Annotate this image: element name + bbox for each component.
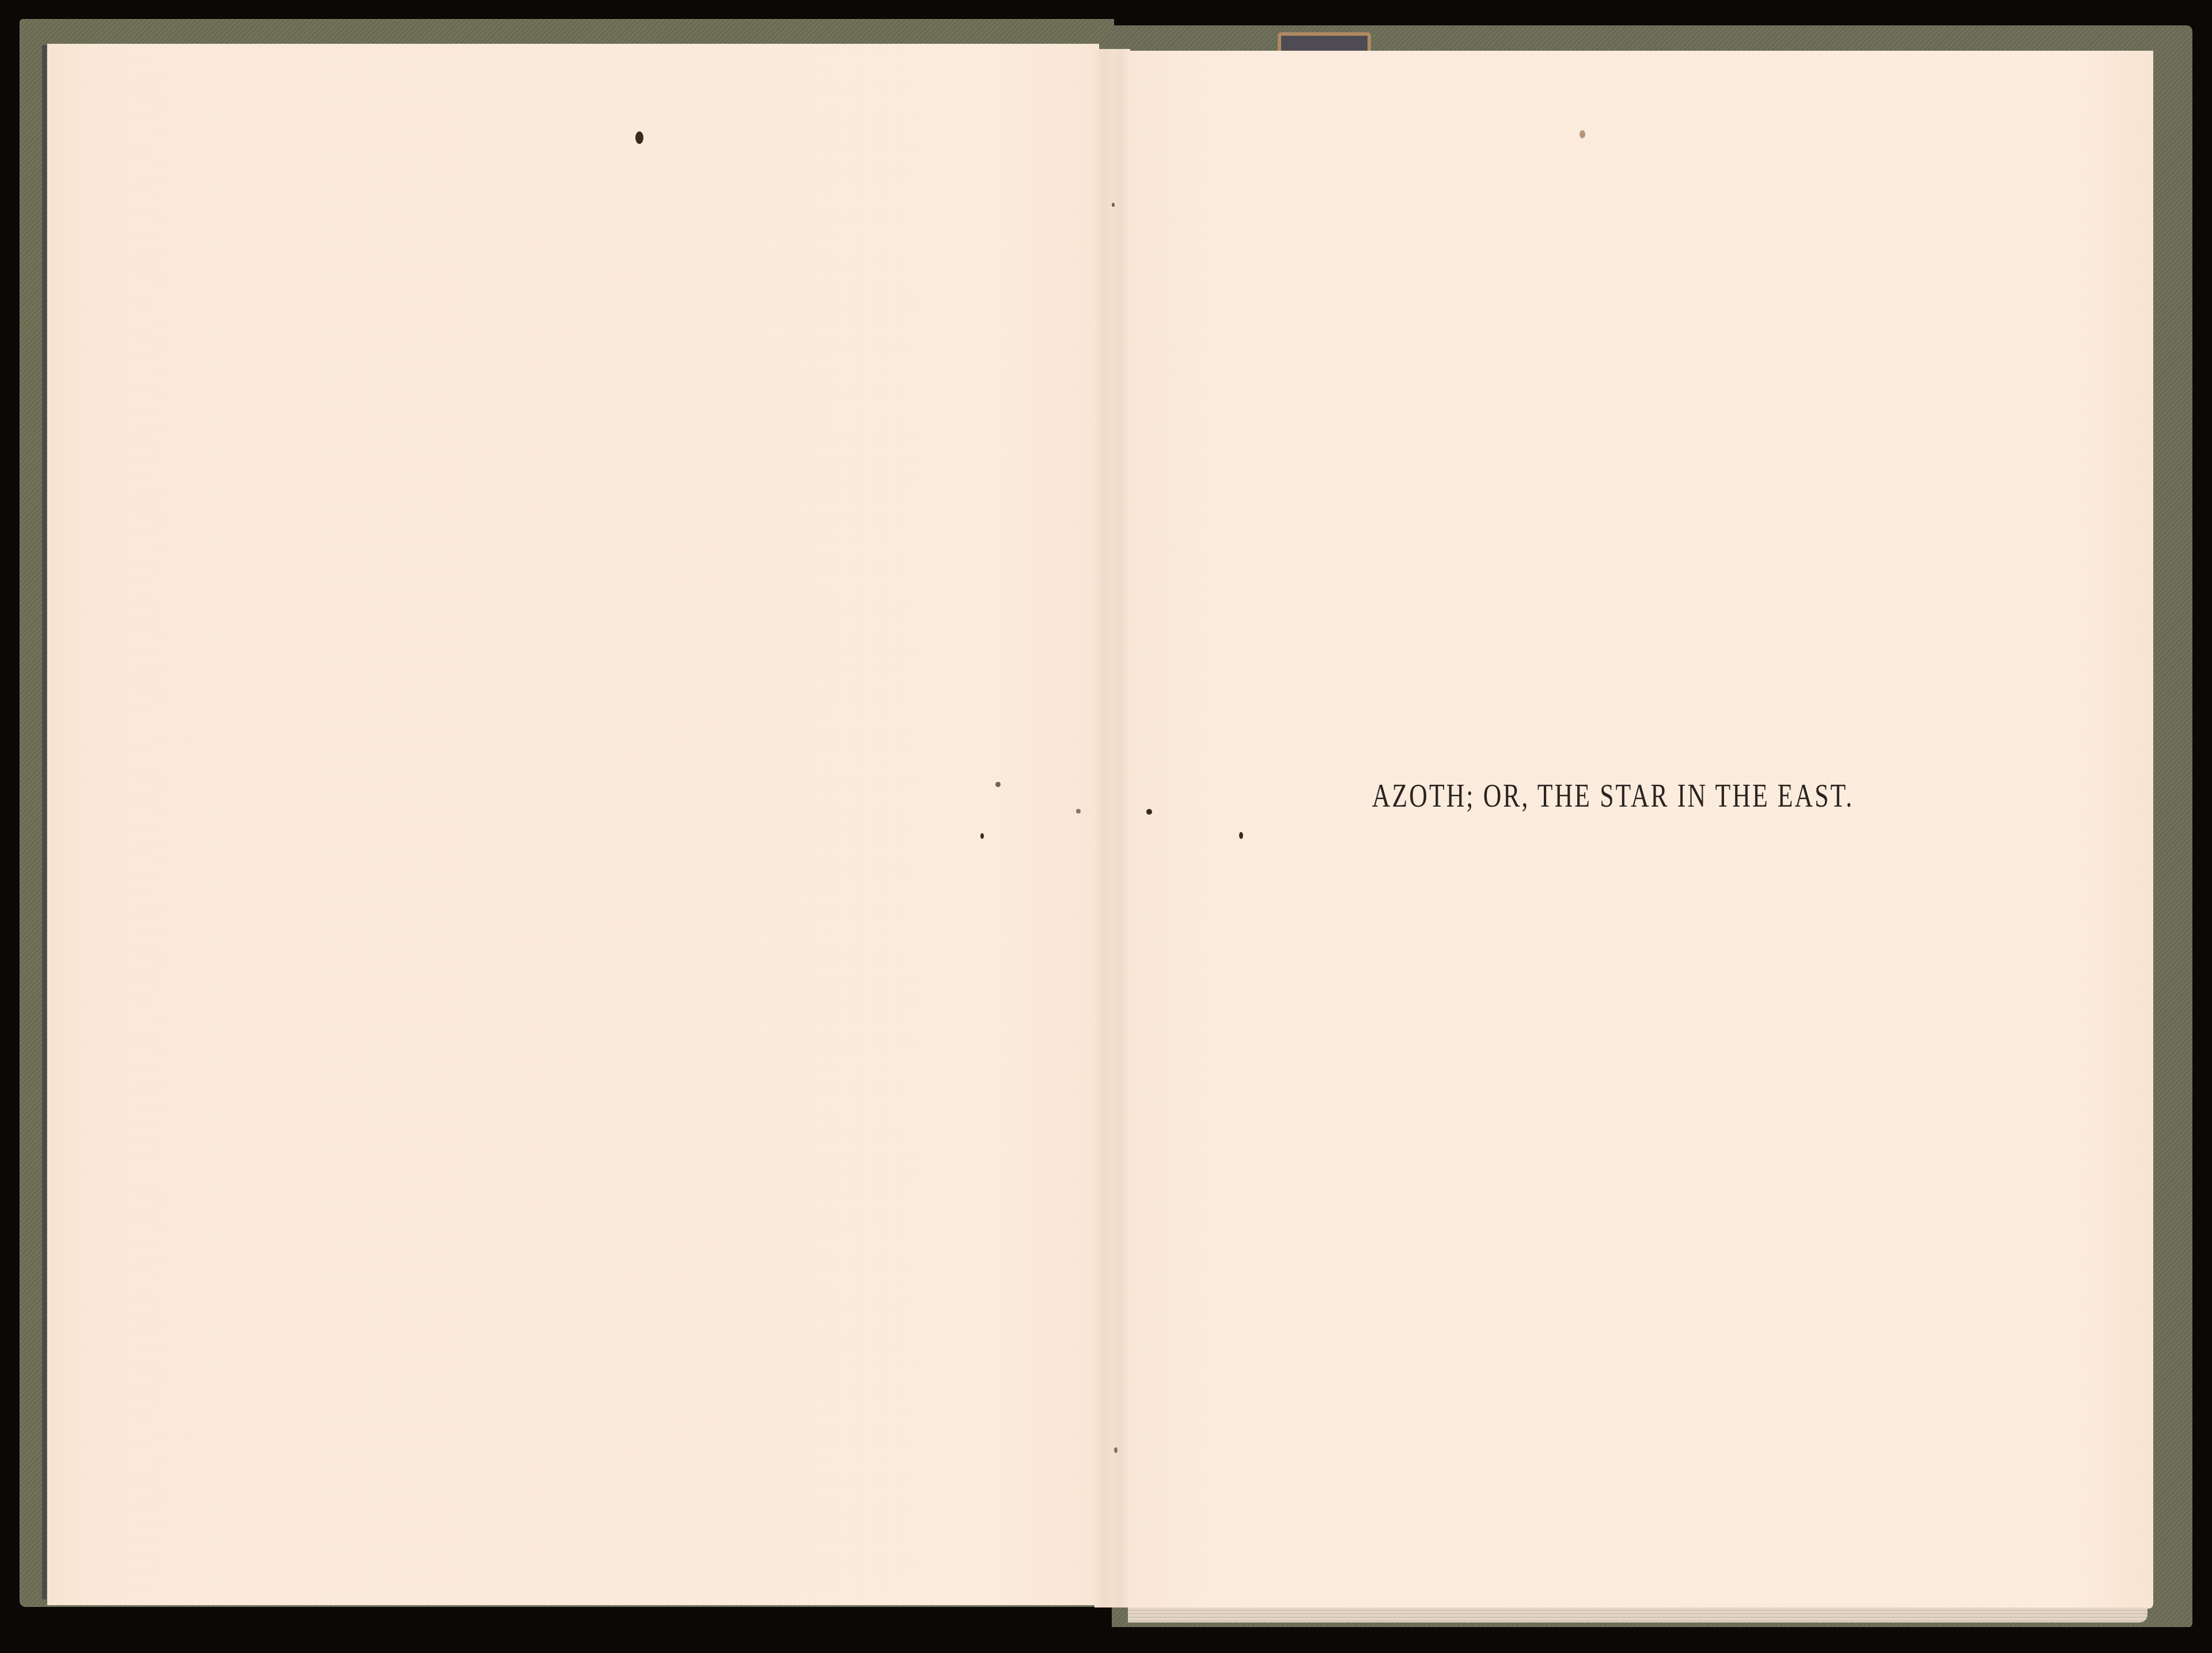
foxing-spot [995,782,1001,787]
foxing-spot [1239,832,1243,839]
foxing-spot [635,131,643,144]
foxing-spot [1580,130,1585,138]
right-page [1128,51,2153,1609]
foxing-spot [1146,809,1152,815]
foxing-spot [1076,809,1081,814]
foxing-spot [1112,203,1115,207]
left-board-edge [42,45,47,1599]
left-page [47,44,1099,1605]
page-edges [1128,1607,2147,1622]
foxing-spot [980,833,984,839]
book-gutter [1094,49,1130,1607]
foxing-spot [1114,1447,1118,1453]
book-title: AZOTH; OR, THE STAR IN THE EAST. [1321,778,1905,815]
